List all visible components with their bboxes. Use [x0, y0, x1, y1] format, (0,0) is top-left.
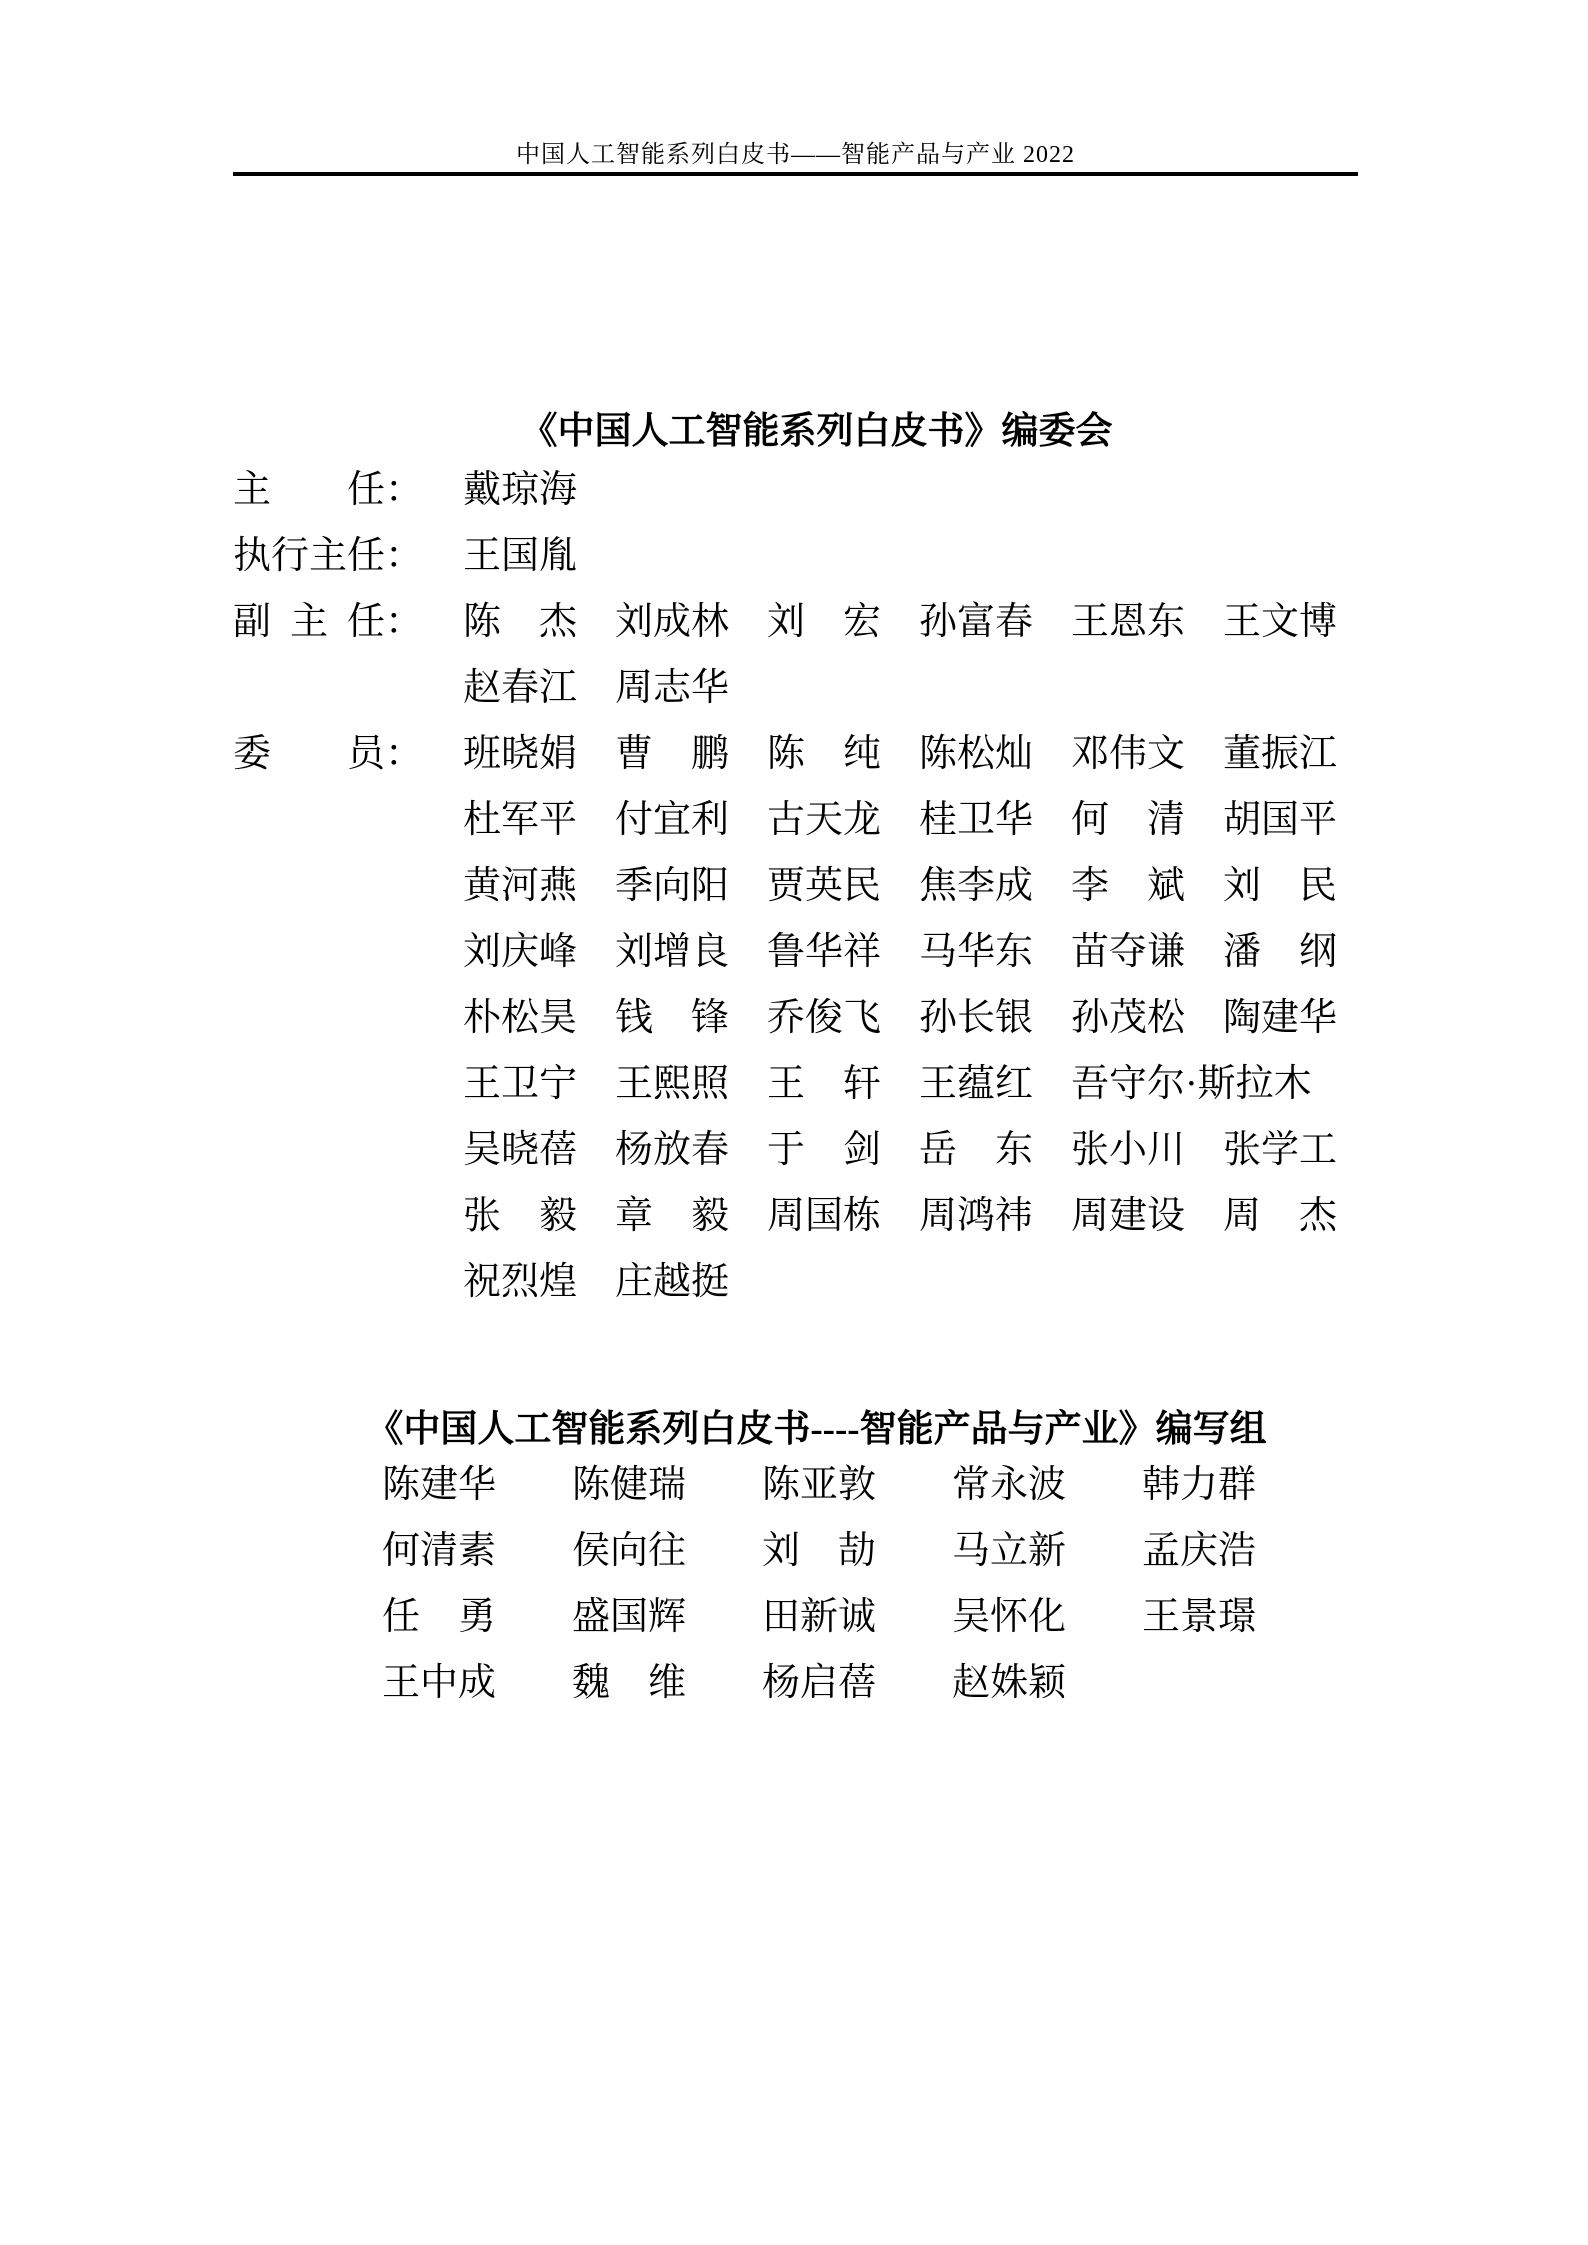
committee-row-names: 戴琼海 [463, 457, 1453, 523]
committee-member-name: 杨放春 [615, 1117, 729, 1183]
committee-member-name: 章 毅 [615, 1183, 729, 1249]
committee-row-names: 杜军平付宜利古天龙桂卫华何 清胡国平 [463, 787, 1453, 853]
committee-member-name: 王文博 [1223, 589, 1337, 655]
committee-member-name: 陈松灿 [919, 721, 1033, 787]
committee-member-name: 周 杰 [1223, 1183, 1337, 1249]
writing-group-member-name: 常永波 [952, 1452, 1066, 1518]
committee-member-name: 潘 纲 [1223, 919, 1337, 985]
committee-member-name: 周国栋 [767, 1183, 881, 1249]
committee-row: 委 员：班晓娟曹 鹏陈 纯陈松灿邓伟文董振江 [233, 721, 1453, 787]
committee-member-name: 桂卫华 [919, 787, 1033, 853]
writing-group-member-name: 王中成 [382, 1650, 496, 1716]
committee-member-name: 张学工 [1223, 1117, 1337, 1183]
writing-group-row: 何清素侯向往刘 劼马立新孟庆浩 [382, 1518, 1453, 1584]
writing-group-member-name: 刘 劼 [762, 1518, 876, 1584]
committee-row: 刘庆峰刘增良鲁华祥马华东苗夺谦潘 纲 [233, 919, 1453, 985]
committee-member-name: 苗夺谦 [1071, 919, 1185, 985]
writing-group-member-name: 吴怀化 [952, 1584, 1066, 1650]
committee-member-name: 戴琼海 [463, 457, 577, 523]
committee-member-name: 刘增良 [615, 919, 729, 985]
committee-row-names: 班晓娟曹 鹏陈 纯陈松灿邓伟文董振江 [463, 721, 1453, 787]
writing-group-row: 任 勇盛国辉田新诚吴怀化王景璟 [382, 1584, 1453, 1650]
writing-group-member-name: 陈建华 [382, 1452, 496, 1518]
committee-row: 张 毅章 毅周国栋周鸿祎周建设周 杰 [233, 1183, 1453, 1249]
committee-row: 朴松昊钱 锋乔俊飞孙长银孙茂松陶建华 [233, 985, 1453, 1051]
committee-list: 主 任：戴琼海执行主任：王国胤副 主 任：陈 杰刘成林刘 宏孙富春王恩东王文博赵… [233, 457, 1453, 1315]
committee-member-name: 邓伟文 [1071, 721, 1185, 787]
writing-group-row: 陈建华陈健瑞陈亚敦常永波韩力群 [382, 1452, 1453, 1518]
writing-group-member-name: 盛国辉 [572, 1584, 686, 1650]
committee-member-name: 孙茂松 [1071, 985, 1185, 1051]
document-page: 中国人工智能系列白皮书——智能产品与产业 2022 《中国人工智能系列白皮书》编… [0, 0, 1588, 2245]
committee-row-names: 赵春江周志华 [463, 655, 1453, 721]
writing-group-list: 陈建华陈健瑞陈亚敦常永波韩力群何清素侯向往刘 劼马立新孟庆浩任 勇盛国辉田新诚吴… [233, 1452, 1453, 1716]
committee-member-name: 岳 东 [919, 1117, 1033, 1183]
committee-member-name: 王恩东 [1071, 589, 1185, 655]
committee-member-name: 刘 宏 [767, 589, 881, 655]
committee-role-label: 副 主 任： [233, 589, 423, 655]
committee-row-names: 吴晓蓓杨放春于 剑岳 东张小川张学工 [463, 1117, 1453, 1183]
committee-member-name: 于 剑 [767, 1117, 881, 1183]
committee-member-name: 陈 杰 [463, 589, 577, 655]
writing-group-member-name: 孟庆浩 [1142, 1518, 1256, 1584]
committee-member-name: 钱 锋 [615, 985, 729, 1051]
committee-title: 《中国人工智能系列白皮书》编委会 [254, 400, 1379, 454]
committee-row: 祝烈煌庄越挺 [233, 1249, 1453, 1315]
committee-row: 黄河燕季向阳贾英民焦李成李 斌刘 民 [233, 853, 1453, 919]
committee-row: 主 任：戴琼海 [233, 457, 1453, 523]
committee-member-name: 朴松昊 [463, 985, 577, 1051]
committee-row: 王卫宁王熙照王 轩王蕴红吾守尔·斯拉木 [233, 1051, 1453, 1117]
committee-member-name: 王卫宁 [463, 1051, 577, 1117]
writing-group-member-name: 魏 维 [572, 1650, 686, 1716]
committee-row: 杜军平付宜利古天龙桂卫华何 清胡国平 [233, 787, 1453, 853]
committee-member-name: 刘 民 [1223, 853, 1337, 919]
committee-row: 吴晓蓓杨放春于 剑岳 东张小川张学工 [233, 1117, 1453, 1183]
committee-role-label: 执行主任： [233, 523, 423, 589]
writing-group-member-name: 杨启蓓 [762, 1650, 876, 1716]
writing-group-member-name: 田新诚 [762, 1584, 876, 1650]
committee-member-name: 吴晓蓓 [463, 1117, 577, 1183]
committee-role-label: 主 任： [233, 457, 423, 523]
header-rule-line [233, 172, 1358, 176]
committee-member-name: 李 斌 [1071, 853, 1185, 919]
committee-member-name: 刘成林 [615, 589, 729, 655]
committee-row-names: 刘庆峰刘增良鲁华祥马华东苗夺谦潘 纲 [463, 919, 1453, 985]
committee-member-name: 周建设 [1071, 1183, 1185, 1249]
committee-member-name: 班晓娟 [463, 721, 577, 787]
committee-member-name: 孙富春 [919, 589, 1033, 655]
committee-row: 执行主任：王国胤 [233, 523, 1453, 589]
committee-row-names: 黄河燕季向阳贾英民焦李成李 斌刘 民 [463, 853, 1453, 919]
committee-member-name: 庄越挺 [615, 1249, 729, 1315]
committee-row: 赵春江周志华 [233, 655, 1453, 721]
committee-row-names: 王卫宁王熙照王 轩王蕴红吾守尔·斯拉木 [463, 1051, 1453, 1117]
committee-member-name: 焦李成 [919, 853, 1033, 919]
writing-group-member-name: 陈健瑞 [572, 1452, 686, 1518]
writing-group-member-name: 韩力群 [1142, 1452, 1256, 1518]
committee-member-name: 王熙照 [615, 1051, 729, 1117]
writing-group-member-name: 侯向往 [572, 1518, 686, 1584]
committee-member-name: 周鸿祎 [919, 1183, 1033, 1249]
committee-member-name: 陈 纯 [767, 721, 881, 787]
writing-group-title: 《中国人工智能系列白皮书----智能产品与产业》编写组 [254, 1398, 1379, 1452]
committee-member-name: 王国胤 [463, 523, 577, 589]
committee-member-name: 曹 鹏 [615, 721, 729, 787]
committee-member-name: 古天龙 [767, 787, 881, 853]
committee-member-name: 乔俊飞 [767, 985, 881, 1051]
committee-member-name: 季向阳 [615, 853, 729, 919]
committee-member-name: 胡国平 [1223, 787, 1337, 853]
committee-member-name: 鲁华祥 [767, 919, 881, 985]
committee-member-name: 黄河燕 [463, 853, 577, 919]
committee-row-names: 张 毅章 毅周国栋周鸿祎周建设周 杰 [463, 1183, 1453, 1249]
committee-member-name: 祝烈煌 [463, 1249, 577, 1315]
committee-member-name: 王蕴红 [919, 1051, 1033, 1117]
committee-member-name: 王 轩 [767, 1051, 881, 1117]
running-header: 中国人工智能系列白皮书——智能产品与产业 2022 [233, 134, 1358, 169]
committee-row-names: 陈 杰刘成林刘 宏孙富春王恩东王文博 [463, 589, 1453, 655]
committee-member-name: 张小川 [1071, 1117, 1185, 1183]
committee-member-name: 贾英民 [767, 853, 881, 919]
committee-member-name: 何 清 [1071, 787, 1185, 853]
writing-group-member-name: 陈亚敦 [762, 1452, 876, 1518]
committee-member-name: 杜军平 [463, 787, 577, 853]
committee-role-label: 委 员： [233, 721, 423, 787]
committee-row: 副 主 任：陈 杰刘成林刘 宏孙富春王恩东王文博 [233, 589, 1453, 655]
committee-member-name: 赵春江 [463, 655, 577, 721]
committee-member-name: 马华东 [919, 919, 1033, 985]
writing-group-member-name: 任 勇 [382, 1584, 496, 1650]
committee-row-names: 朴松昊钱 锋乔俊飞孙长银孙茂松陶建华 [463, 985, 1453, 1051]
committee-member-name: 付宜利 [615, 787, 729, 853]
writing-group-member-name: 马立新 [952, 1518, 1066, 1584]
writing-group-member-name: 王景璟 [1142, 1584, 1256, 1650]
committee-member-name: 孙长银 [919, 985, 1033, 1051]
committee-member-name: 刘庆峰 [463, 919, 577, 985]
committee-member-name: 吾守尔·斯拉木 [1071, 1051, 1312, 1117]
committee-row-names: 王国胤 [463, 523, 1453, 589]
committee-member-name: 张 毅 [463, 1183, 577, 1249]
committee-row-names: 祝烈煌庄越挺 [463, 1249, 1453, 1315]
writing-group-member-name: 赵姝颖 [952, 1650, 1066, 1716]
writing-group-member-name: 何清素 [382, 1518, 496, 1584]
committee-member-name: 董振江 [1223, 721, 1337, 787]
committee-member-name: 周志华 [615, 655, 729, 721]
committee-member-name: 陶建华 [1223, 985, 1337, 1051]
writing-group-row: 王中成魏 维杨启蓓赵姝颖 [382, 1650, 1453, 1716]
